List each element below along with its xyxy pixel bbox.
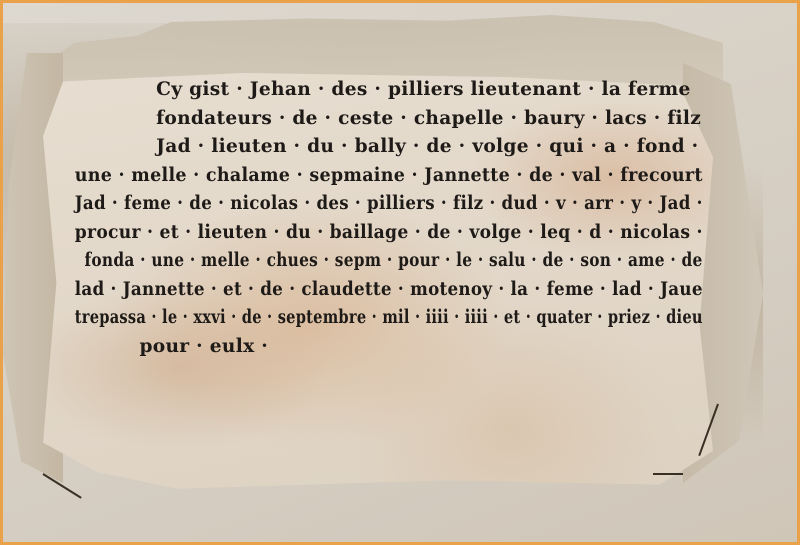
inscription-photo: Cy gist · Jehan · des · pilliers lieuten… bbox=[3, 3, 797, 542]
inscription-line: Cy gist · Jehan · des · pilliers lieuten… bbox=[156, 75, 797, 104]
inscription-line: trepassa · le · xxvi · de · septembre · … bbox=[75, 303, 722, 332]
inscription-line: Jad · feme · de · nicolas · des · pillie… bbox=[75, 189, 722, 218]
inscription-line: fonda · une · melle · chues · sepm · pou… bbox=[85, 246, 732, 275]
inscription-line: une · melle · chalame · sepmaine · Janne… bbox=[75, 161, 722, 190]
crack-bottom-right bbox=[653, 473, 683, 475]
inscription-line: fondateurs · de · ceste · chapelle · bau… bbox=[156, 104, 797, 133]
inscription-line: lad · Jannette · et · de · claudette · m… bbox=[75, 275, 722, 304]
inscription-line: procur · et · lieuten · du · baillage · … bbox=[75, 218, 722, 247]
inscription-text: Cy gist · Jehan · des · pilliers lieuten… bbox=[63, 75, 710, 360]
inscription-line: pour · eulx · bbox=[139, 332, 786, 361]
inscription-line: Jad · lieuten · du · bally · de · volge … bbox=[156, 132, 797, 161]
